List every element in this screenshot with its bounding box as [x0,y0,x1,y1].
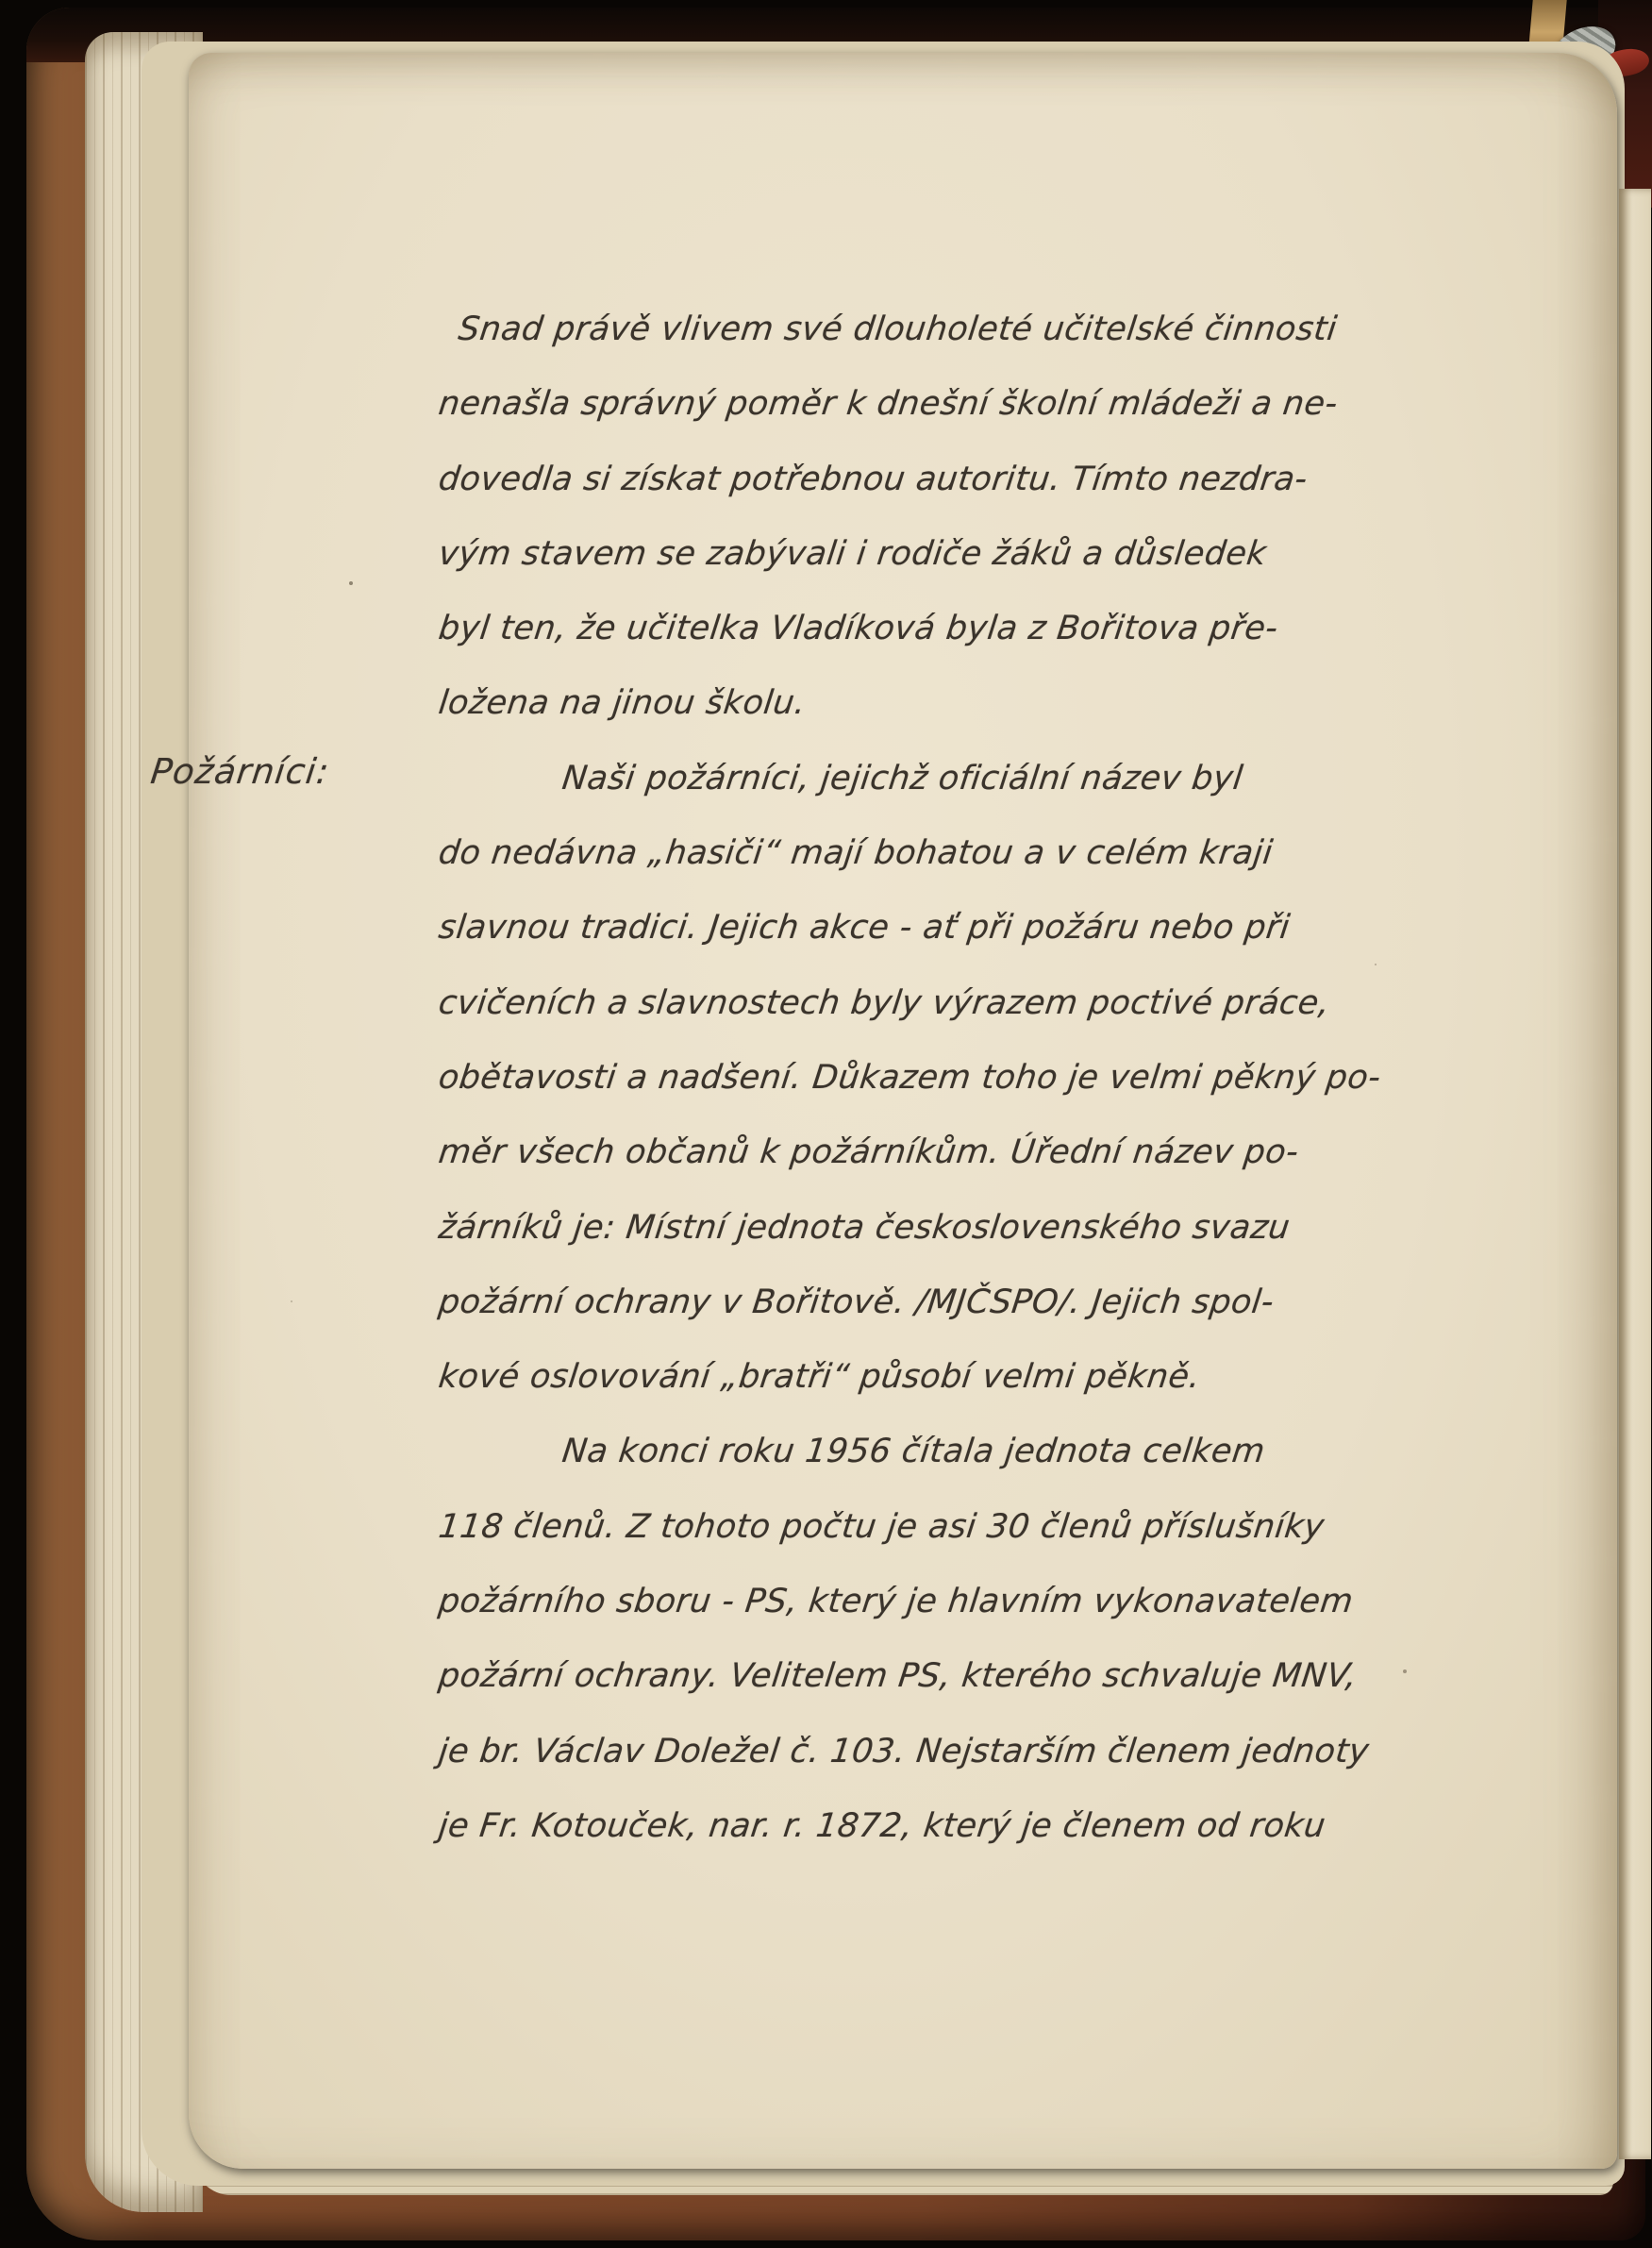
handwritten-line: obětavosti a nadšení. Důkazem toho je ve… [410,1041,1429,1116]
handwritten-line: ložena na jinou školu. [410,666,1429,741]
handwritten-line: měr všech občanů k požárníkům. Úřední ná… [410,1116,1429,1190]
handwritten-line: požární ochrany. Velitelem PS, kterého s… [410,1639,1429,1714]
handwritten-line: je br. Václav Doležel č. 103. Nejstarším… [410,1715,1429,1789]
handwritten-line: do nedávna „hasiči“ mají bohatou a v cel… [410,816,1429,891]
handwritten-line: slavnou tradici. Jejich akce - ať při po… [410,891,1429,965]
handwritten-line: kové oslovování „bratři“ působí velmi pě… [410,1340,1429,1415]
handwritten-line: dovedla si získat potřebnou autoritu. Tí… [410,443,1429,517]
handwritten-line: 118 členů. Z tohoto počtu je asi 30 člen… [410,1490,1429,1565]
handwritten-line: nenašla správný poměr k dnešní školní ml… [410,367,1429,442]
handwritten-line: žárníků je: Místní jednota československ… [410,1191,1429,1266]
handwritten-line: byl ten, že učitelka Vladíková byla z Bo… [410,592,1429,666]
handwritten-text: Snad právě vlivem své dlouholeté učitels… [415,293,1425,1864]
handwritten-line: cvičeních a slavnostech byly výrazem poc… [410,966,1429,1041]
next-page-edge [1619,189,1651,2159]
handwritten-line: Naši požárníci, jejichž oficiální název … [410,742,1429,816]
handwritten-line: požární ochrany v Bořitově. /MJČSPO/. Je… [410,1266,1429,1340]
paper-speck [349,581,353,585]
book-photo: Požárníci: Snad právě vlivem své dlouhol… [0,0,1652,2248]
margin-note: Požárníci: [148,751,331,792]
handwritten-line: Na konci roku 1956 čítala jednota celkem [410,1415,1429,1489]
handwritten-line: je Fr. Kotouček, nar. r. 1872, který je … [410,1789,1429,1864]
handwritten-line: požárního sboru - PS, který je hlavním v… [410,1565,1429,1639]
handwritten-line: vým stavem se zabývali i rodiče žáků a d… [410,517,1429,592]
handwritten-line: Snad právě vlivem své dlouholeté učitels… [410,293,1429,367]
